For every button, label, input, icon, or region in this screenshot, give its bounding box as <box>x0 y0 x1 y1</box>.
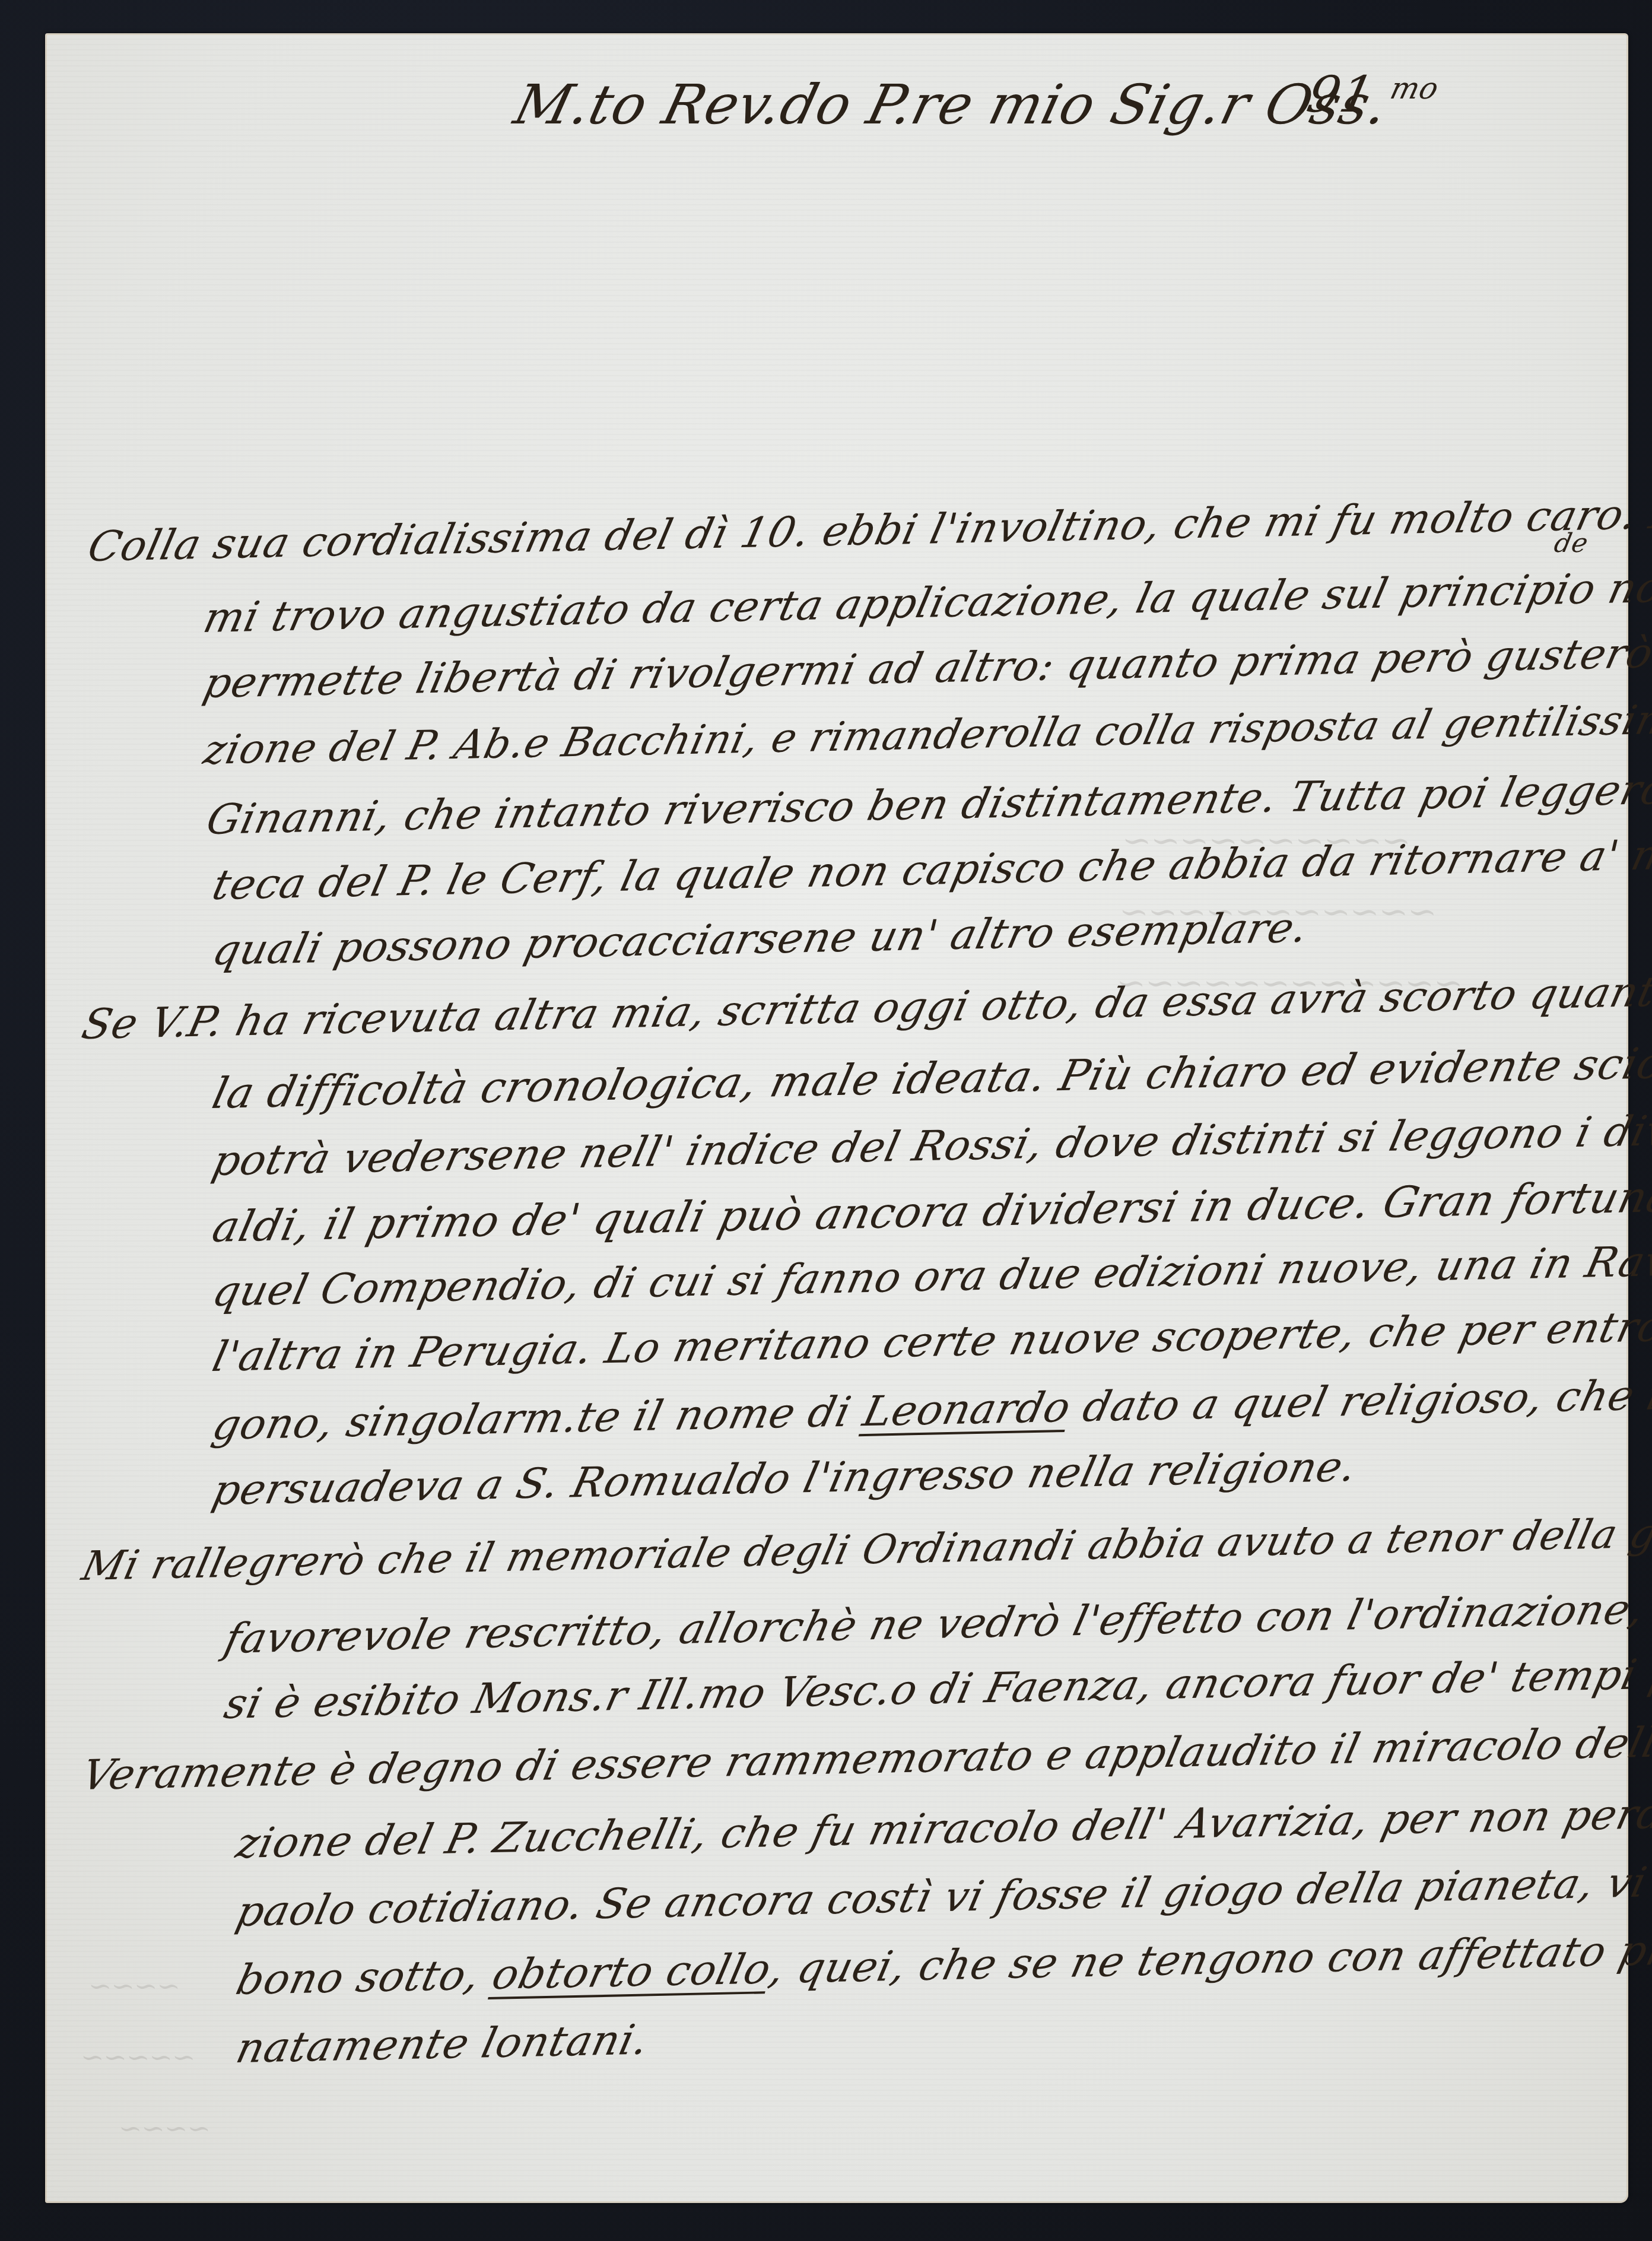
text-segment: bono sotto, <box>232 1950 499 2004</box>
salutation-text: M.to Rev.do P.re mio Sig.r Oss. <box>508 73 1395 137</box>
underlined-name: Leonardo <box>859 1383 1076 1436</box>
salutation: M.to Rev.do P.re mio Sig.r Oss.mo <box>508 71 1443 137</box>
salutation-superscript: mo <box>1387 71 1443 106</box>
folio-number: 91 <box>1302 65 1380 123</box>
text-line: natamente lontani. <box>232 2015 654 2072</box>
bleed-through-text: ~~~~ ~~~~~ ~~~~ <box>58 1950 218 2164</box>
underlined-phrase: obtorto collo <box>488 1944 776 1999</box>
